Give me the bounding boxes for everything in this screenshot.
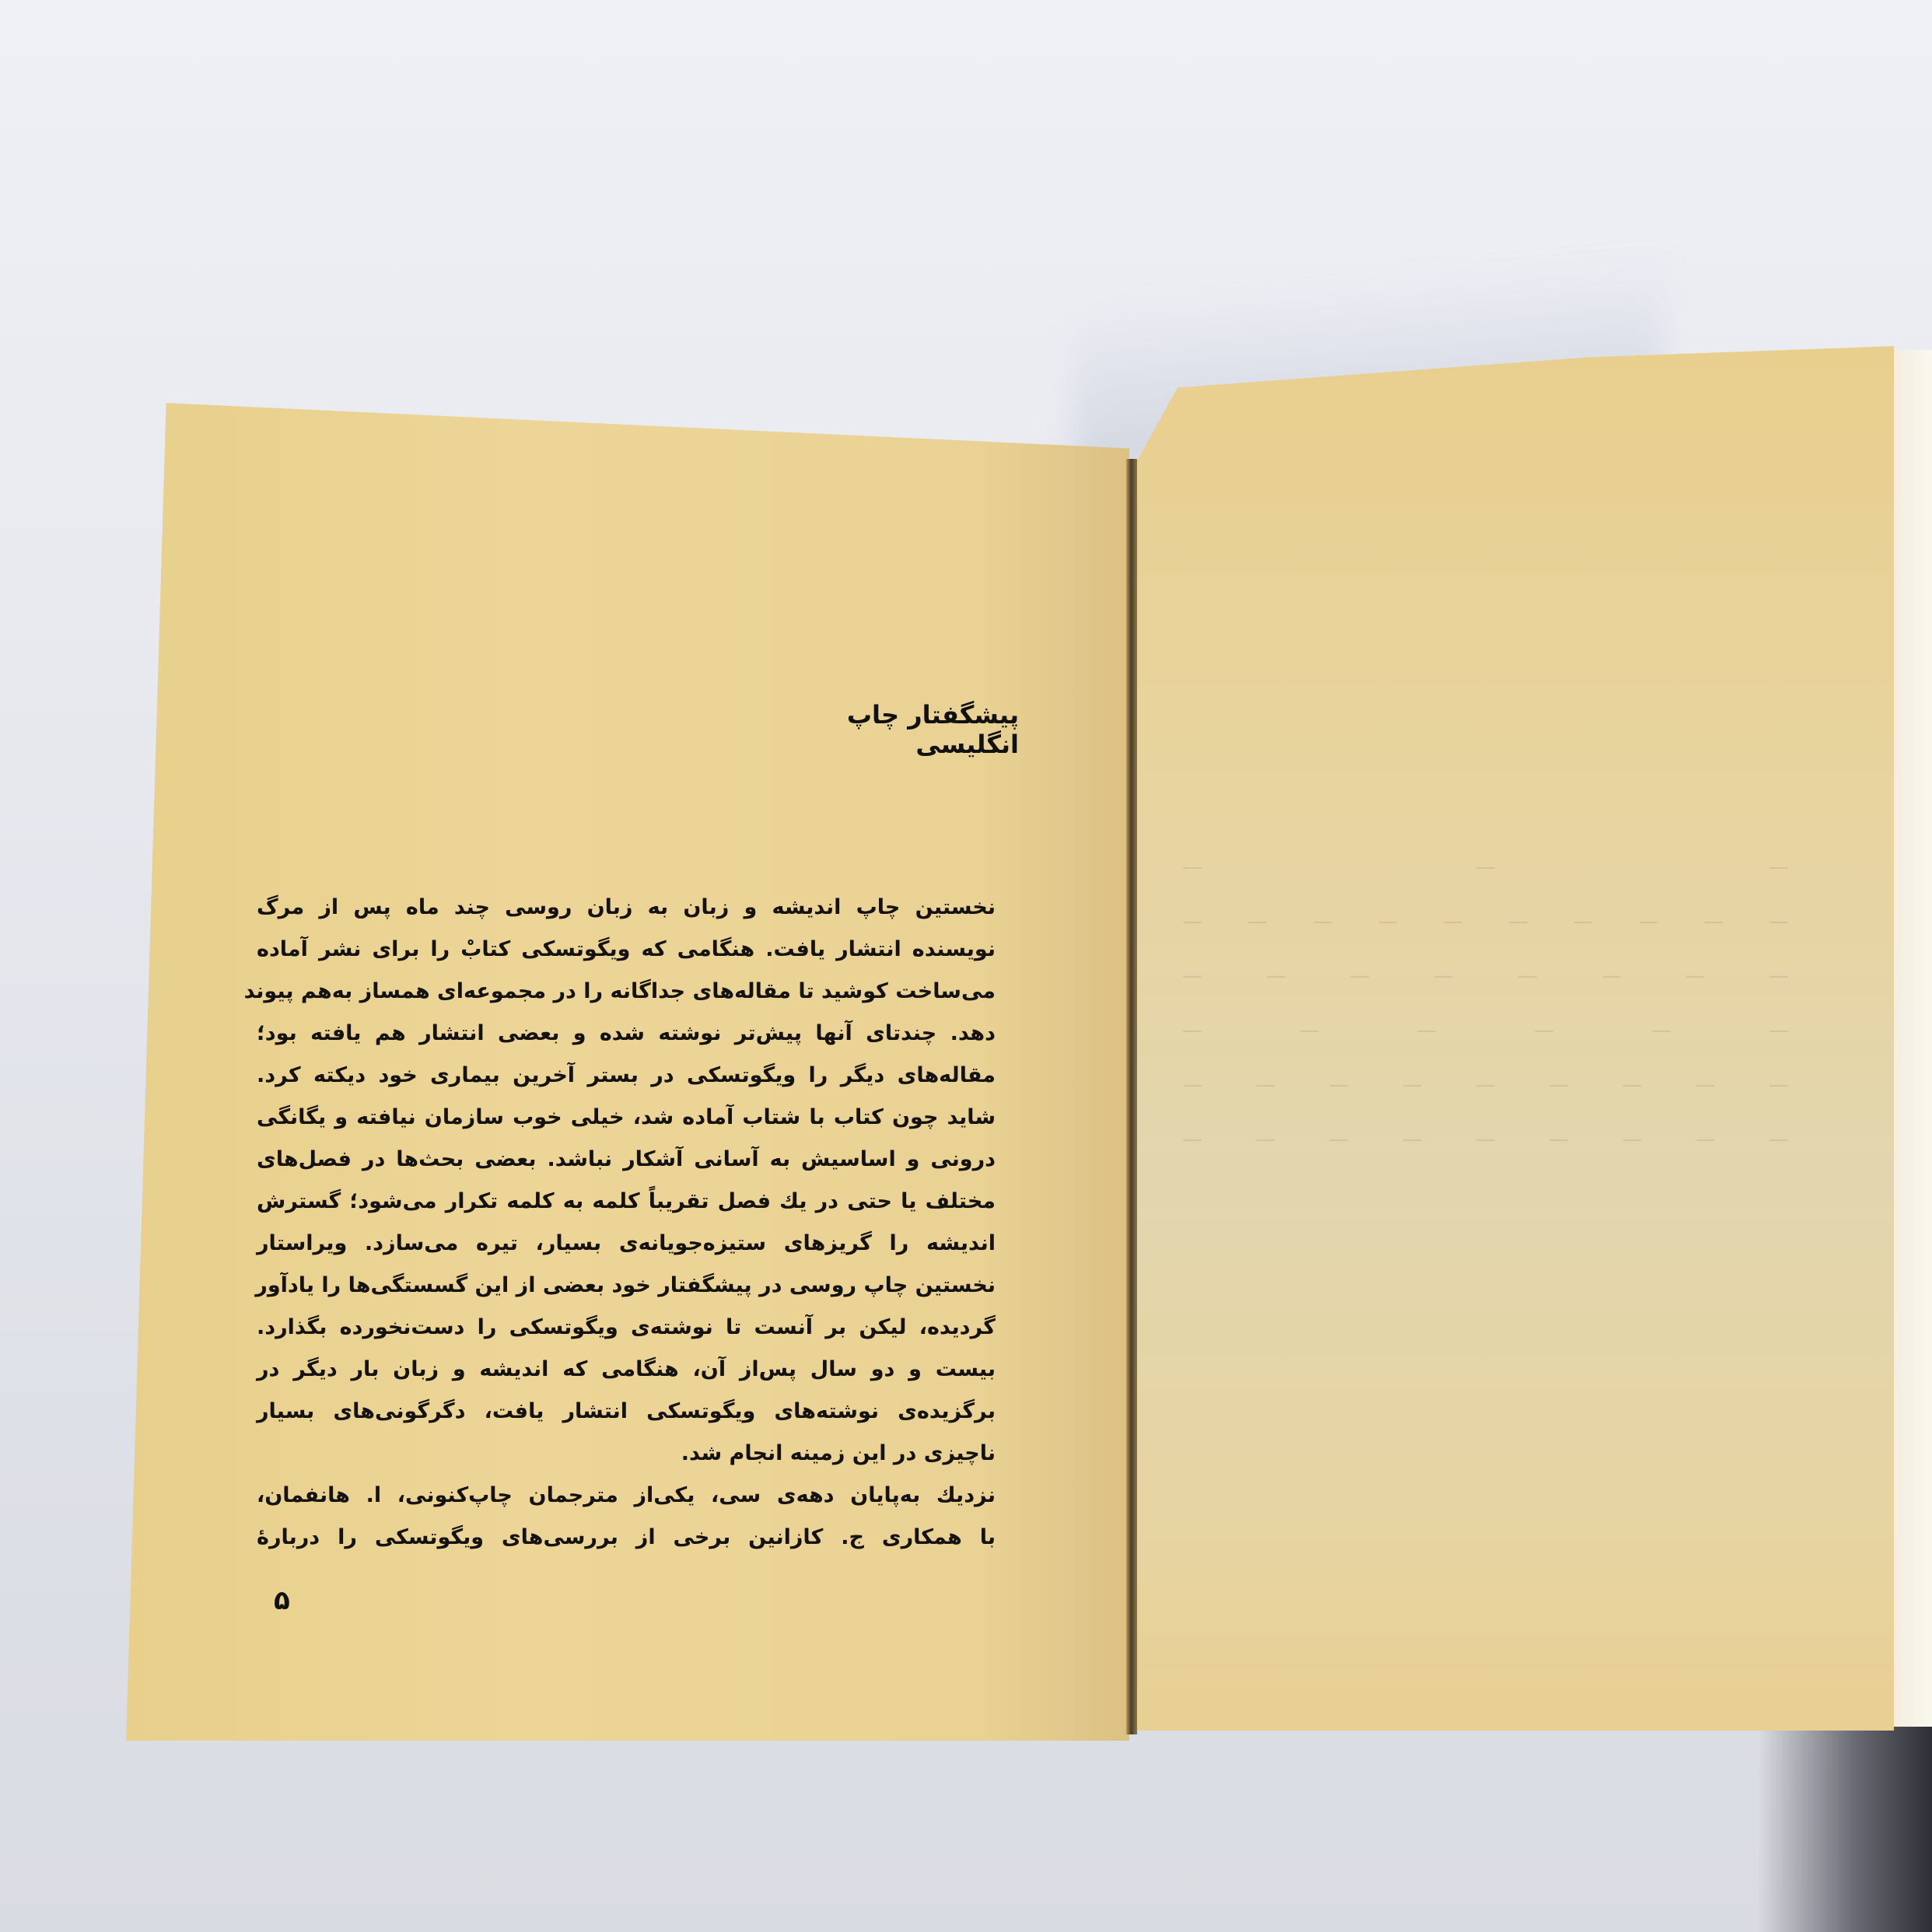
text-line: دهد. چندتای آنها پیش‌تر نوشته شده و بعضی… — [257, 1013, 1027, 1055]
book-gutter — [1126, 459, 1137, 1734]
show-through-line: — — — — — — — — — — — [1182, 894, 1789, 949]
paragraph-2: نزدیك به‌پایان دهه‌ی سی، یکی‌از مترجمان … — [257, 1475, 1027, 1559]
show-through-line: — — — — — — — — — [1182, 949, 1789, 1003]
body-text: نخستین چاپ اندیشه و زبان به زبان روسی چن… — [257, 887, 1027, 1559]
show-through-line: — — — — — — — — — — [1182, 1058, 1789, 1112]
page-number: ۵ — [274, 1585, 290, 1616]
text-line: شاید چون کتاب با شتاب آماده شد، خیلی خوب… — [257, 1097, 1027, 1139]
text-line: نخستین چاپ روسی در پیشگفتار خود بعضی از … — [257, 1265, 1027, 1307]
text-line: اندیشه را گریزهای ستیزه‌جویانه‌ی بسیار، … — [257, 1223, 1027, 1265]
right-page-show-through: — — — — — — — — — — — — — — — — — — — — … — [1182, 840, 1789, 1167]
text-line: درونی و اساسیش به آسانی آشکار نباشد. بعض… — [257, 1139, 1027, 1181]
text-line: گردیده، لیکن بر آنست تا نوشته‌ی ویگوتسکی… — [257, 1307, 1027, 1349]
text-line: برگزیده‌ی نوشته‌های ویگوتسکی انتشار یافت… — [257, 1391, 1027, 1433]
show-through-line: — — — — [1182, 840, 1789, 894]
paragraph-1: نخستین چاپ اندیشه و زبان به زبان روسی چن… — [257, 887, 1027, 1475]
page-heading: پیشگفتار چاپ انگلیسی — [786, 700, 1019, 759]
open-book: — — — — — — — — — — — — — — — — — — — — … — [0, 0, 1932, 1932]
text-line: با همکاری ج. کازانین برخی از بررسی‌های و… — [257, 1517, 1027, 1559]
text-line: بیست و دو سال پس‌از آن، هنگامی که اندیشه… — [257, 1349, 1027, 1391]
show-through-line: — — — — — — — [1182, 1003, 1789, 1058]
text-line: نخستین چاپ اندیشه و زبان به زبان روسی چن… — [257, 887, 1027, 929]
page-stack-edge — [1888, 350, 1932, 1727]
text-line: می‌ساخت کوشید تا مقاله‌های جداگانه را در… — [257, 971, 1027, 1013]
show-through-line: — — — — — — — — — — [1182, 1112, 1789, 1167]
text-line: مختلف یا حتی در یك فصل تقریباً کلمه به ک… — [257, 1181, 1027, 1223]
text-line: ناچیزی در این زمینه انجام شد. — [257, 1433, 1027, 1475]
text-line: مقاله‌های دیگر را ویگوتسکی در بستر آخرین… — [257, 1055, 1027, 1097]
text-line: نزدیك به‌پایان دهه‌ی سی، یکی‌از مترجمان … — [257, 1475, 1027, 1517]
text-line: نویسنده انتشار یافت. هنگامی که ویگوتسکی … — [257, 929, 1027, 971]
